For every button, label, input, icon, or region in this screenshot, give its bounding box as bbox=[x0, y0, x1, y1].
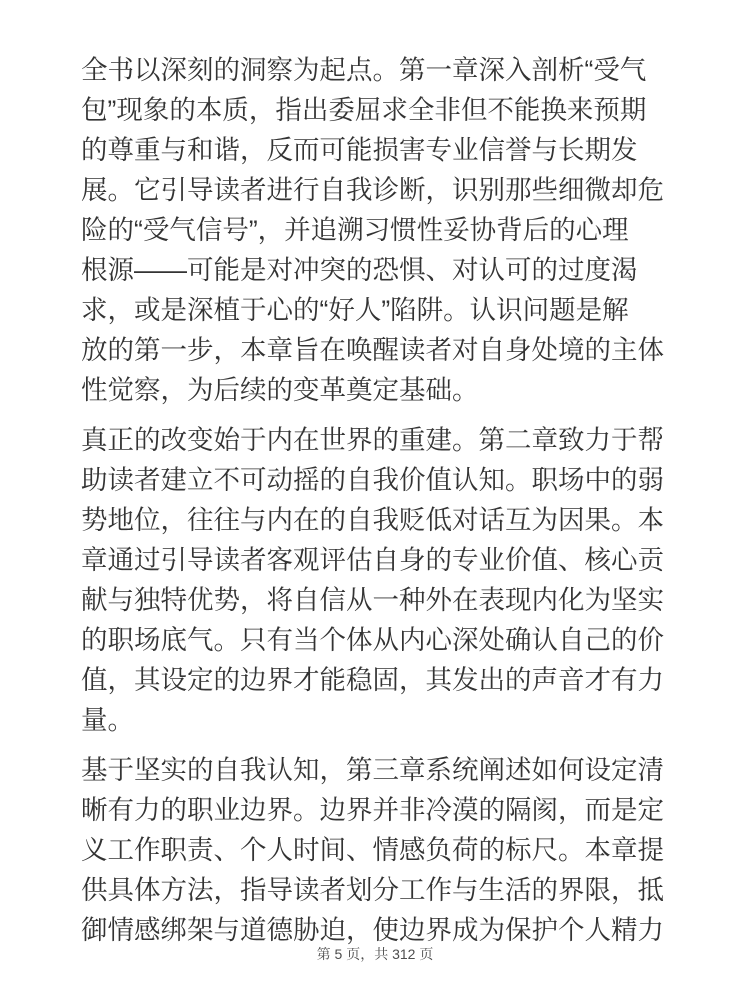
body-paragraph-3: 基于坚实的自我认知，第三章系统阐述如何设定清 晰有力的职业边界。边界并非冷漠的隔… bbox=[81, 750, 673, 950]
body-paragraph-1: 全书以深刻的洞察为起点。第一章深入剖析“受气 包”现象的本质，指出委屈求全非但不… bbox=[81, 50, 673, 410]
page-content: 全书以深刻的洞察为起点。第一章深入剖析“受气 包”现象的本质，指出委屈求全非但不… bbox=[81, 50, 673, 960]
page-number-footer: 第 5 页，共 312 页 bbox=[0, 944, 750, 964]
body-paragraph-2: 真正的改变始于内在世界的重建。第二章致力于帮 助读者建立不可动摇的自我价值认知。… bbox=[81, 420, 673, 740]
document-page: 全书以深刻的洞察为起点。第一章深入剖析“受气 包”现象的本质，指出委屈求全非但不… bbox=[0, 0, 750, 1000]
